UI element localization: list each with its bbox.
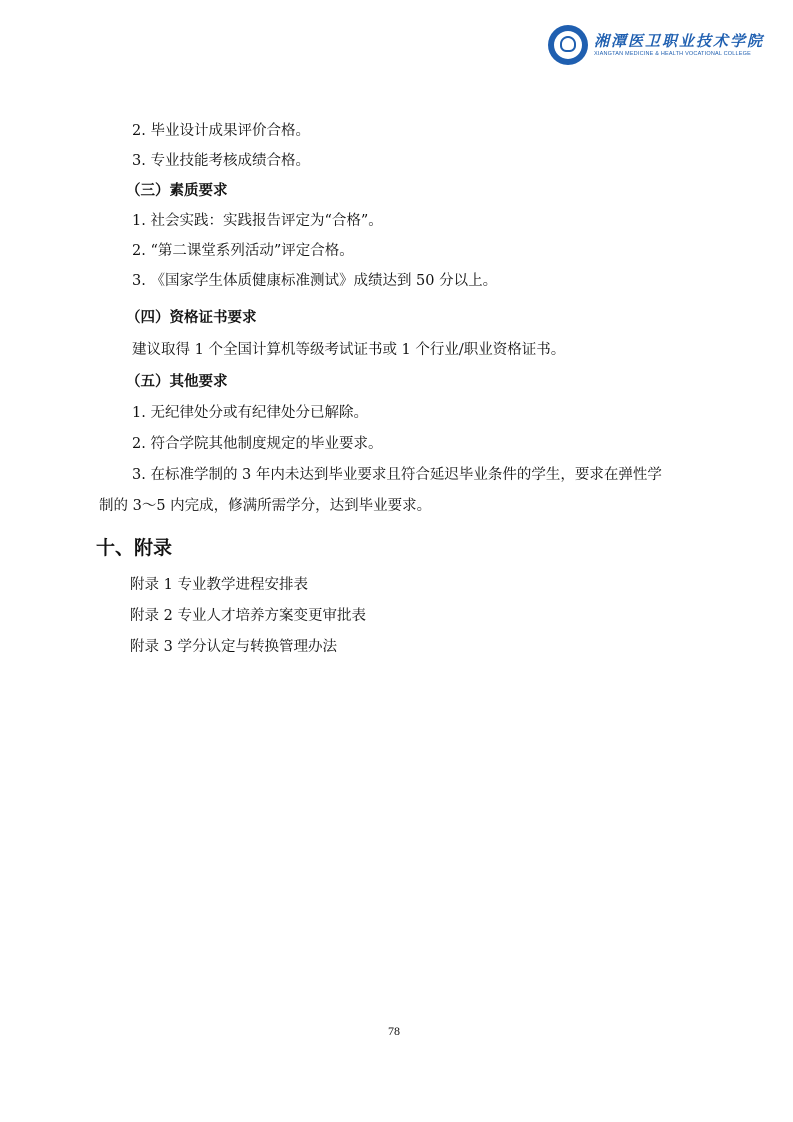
appendix-item-1: 附录 1 专业教学进程安排表 — [130, 575, 308, 595]
deferred-graduation-requirement-1: 3. 在标准学制的 3 年内未达到毕业要求且符合延迟毕业条件的学生，要求在弹性学 — [132, 465, 662, 485]
subsection-heading-quality: （三）素质要求 — [126, 181, 228, 201]
fitness-test-requirement: 3. 《国家学生体质健康标准测试》成绩达到 50 分以上。 — [132, 271, 497, 291]
college-rules-requirement: 2. 符合学院其他制度规定的毕业要求。 — [132, 434, 382, 454]
deferred-graduation-requirement-2: 制的 3～5 内完成，修满所需学分，达到毕业要求。 — [99, 496, 431, 516]
certificate-requirement: 建议取得 1 个全国计算机等级考试证书或 1 个行业/职业资格证书。 — [132, 340, 565, 360]
subsection-heading-certificate: （四）资格证书要求 — [126, 308, 257, 328]
subsection-heading-other: （五）其他要求 — [126, 372, 228, 392]
appendix-item-2: 附录 2 专业人才培养方案变更审批表 — [130, 606, 366, 626]
appendix-item-3: 附录 3 学分认定与转换管理办法 — [130, 637, 337, 657]
page-number: 78 — [388, 1024, 400, 1039]
section-heading-appendix: 十、附录 — [96, 535, 172, 561]
discipline-requirement: 1. 无纪律处分或有纪律处分已解除。 — [132, 403, 368, 423]
social-practice-requirement: 1. 社会实践：实践报告评定为“合格”。 — [132, 211, 383, 231]
college-logo: 湘潭医卫职业技术学院 XIANGTAN MEDICINE & HEALTH VO… — [548, 22, 788, 68]
college-name-cn: 湘潭医卫职业技术学院 — [594, 32, 764, 50]
second-classroom-requirement: 2. “第二课堂系列活动”评定合格。 — [132, 241, 354, 261]
college-name-en: XIANGTAN MEDICINE & HEALTH VOCATIONAL CO… — [594, 50, 764, 58]
skill-assessment-requirement: 3. 专业技能考核成绩合格。 — [132, 151, 310, 171]
college-name: 湘潭医卫职业技术学院 XIANGTAN MEDICINE & HEALTH VO… — [594, 32, 764, 58]
graduation-design-requirement: 2. 毕业设计成果评价合格。 — [132, 121, 310, 141]
college-emblem-icon — [548, 25, 588, 65]
